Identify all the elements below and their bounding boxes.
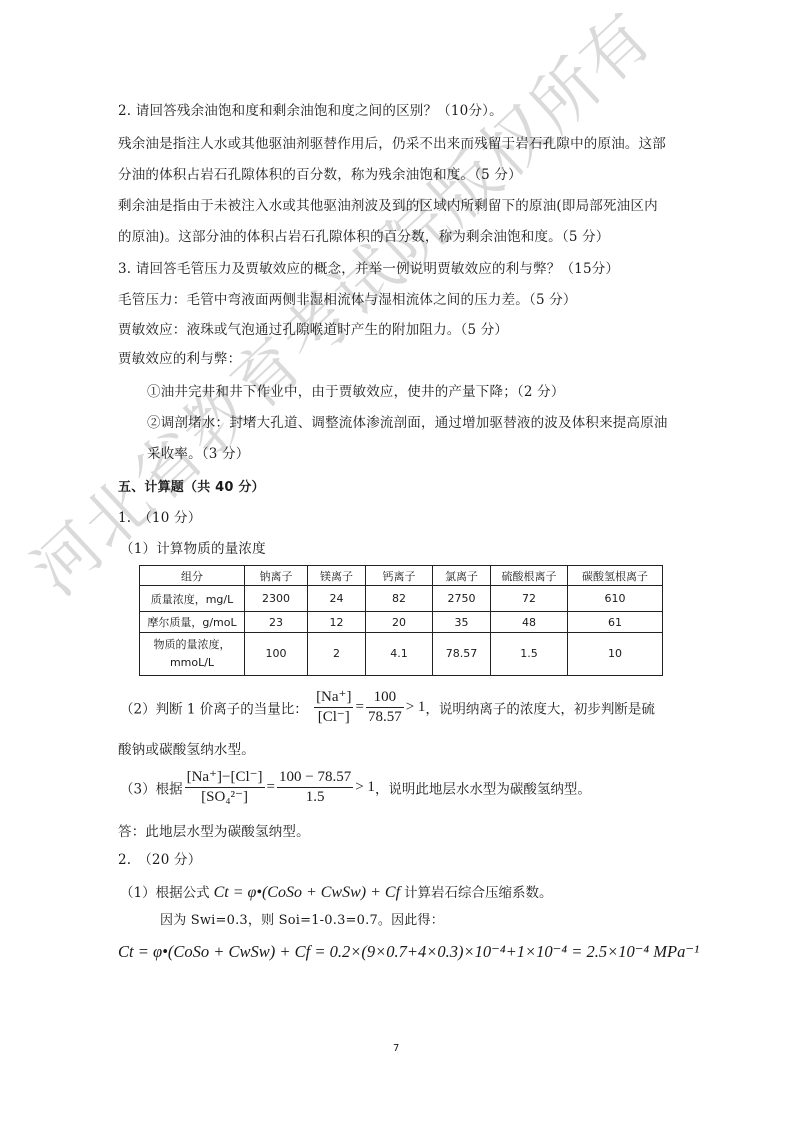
capillary-pressure-definition: 毛管压力：毛管中弯液面两侧非湿相流体与湿相流体之间的压力差。（5 分） (118, 291, 577, 309)
table-header: 钙离子 (366, 566, 433, 586)
table-cell: 12 (308, 612, 366, 633)
fraction-values: 100 − 78.57 1.5 (277, 768, 353, 807)
table-cell: 2750 (433, 586, 491, 612)
table-cell: 4.1 (366, 633, 433, 676)
table-header: 钠离子 (245, 566, 308, 586)
table-cell: 48 (491, 612, 568, 633)
pros-cons-item-2-line1: ②调剖堵水：封堵大孔道、调整流体渗流剖面，通过增加驱替液的波及体积来提高原油 (147, 414, 668, 432)
table-row: 物质的量浓度， mmoL/L 100 2 4.1 78.57 1.5 10 (140, 633, 663, 676)
fraction-ion-difference: [Na⁺]−[Cl⁻] [SO₄²⁻] (185, 768, 265, 807)
section-5-heading: 五、计算题（共 40 分） (118, 479, 265, 497)
table-row: 摩尔质量，g/moL 23 12 20 35 48 61 (140, 612, 663, 633)
table-cell: 20 (366, 612, 433, 633)
table-cell: 23 (245, 612, 308, 633)
calc-q2-given: 因为 Swi=0.3，则 Soi=1-0.3=0.7。因此得： (160, 912, 444, 930)
calc-q2-sub1: （1）根据公式 Ct = φ•(CoSo + CwSw) + Cf 计算岩石综合… (120, 881, 553, 902)
calc-q1-sub3: （3）根据 [Na⁺]−[Cl⁻] [SO₄²⁻] = 100 − 78.57 … (120, 768, 591, 807)
calc-question-1-label: 1. （10 分） (118, 509, 201, 527)
row-label: 物质的量浓度， mmoL/L (140, 633, 245, 676)
table-cell: 2 (308, 633, 366, 676)
table-row: 质量浓度，mg/L 2300 24 82 2750 72 610 (140, 586, 663, 612)
table-cell: 10 (568, 633, 663, 676)
table-cell: 1.5 (491, 633, 568, 676)
row-label: 质量浓度，mg/L (140, 586, 245, 612)
table-header: 组分 (140, 566, 245, 586)
residual-oil-definition-line1: 残余油是指注人水或其他驱油剂驱替作用后，仍采不出来而残留于岩石孔隙中的原油。这部 (118, 135, 666, 153)
table-cell: 72 (491, 586, 568, 612)
pros-cons-item-1: ①油井完井和井下作业中，由于贾敏效应，使井的产量下降；（2 分） (147, 383, 565, 401)
calc-q2-result: Ct = φ•(CoSo + CwSw) + Cf = 0.2×(9×0.7+4… (118, 942, 699, 962)
fraction-values: 100 78.57 (366, 688, 404, 727)
table-cell: 82 (366, 586, 433, 612)
calc-q1-sub1: （1）计算物质的量浓度 (120, 540, 266, 558)
table-header: 硫酸根离子 (491, 566, 568, 586)
sub2-prefix: （2）判断 1 价离子的当量比： (120, 702, 308, 718)
table-cell: 35 (433, 612, 491, 633)
question-2-title: 2. 请回答残余油饱和度和剩余油饱和度之间的区别？（10分）。 (118, 102, 503, 120)
sub3-suffix: ，说明此地层水水型为碳酸氢纳型。 (375, 782, 591, 798)
table-cell: 610 (568, 586, 663, 612)
residual-oil-definition-line2: 分油的体积占岩石孔隙体积的百分数，称为残余油饱和度。（5 分） (118, 166, 522, 184)
table-header-row: 组分 钠离子 镁离子 钙离子 氯离子 硫酸根离子 碳酸氢根离子 (140, 566, 663, 586)
table-header: 镁离子 (308, 566, 366, 586)
compressibility-formula: Ct = φ•(CoSo + CwSw) + Cf (214, 884, 400, 901)
calc-q1-sub2: （2）判断 1 价离子的当量比： [Na⁺] [Cl⁻] = 100 78.57… (120, 688, 655, 727)
calc-q1-answer: 答：此地层水型为碳酸氢纳型。 (118, 823, 310, 841)
sub3-prefix: （3）根据 (120, 782, 183, 798)
jamin-effect-definition: 贾敏效应：液珠或气泡通过孔隙喉道时产生的附加阻力。（5 分） (118, 321, 508, 339)
remaining-oil-definition-line2: 的原油)。这部分油的体积占岩石孔隙体积的百分数，称为剩余油饱和度。（5 分） (118, 228, 610, 246)
page-number: 7 (393, 1043, 399, 1054)
table-cell: 61 (568, 612, 663, 633)
fraction-na-cl: [Na⁺] [Cl⁻] (314, 688, 353, 727)
table-cell: 100 (245, 633, 308, 676)
ion-concentration-table: 组分 钠离子 镁离子 钙离子 氯离子 硫酸根离子 碳酸氢根离子 质量浓度，mg/… (139, 565, 663, 676)
remaining-oil-definition-line1: 剩余油是指由于未被注入水或其他驱油剂波及到的区域内所剩留下的原油(即局部死油区内 (118, 197, 658, 215)
sub2-suffix: ，说明纳离子的浓度大，初步判断是硫 (425, 702, 655, 718)
table-header: 氯离子 (433, 566, 491, 586)
table-cell: 2300 (245, 586, 308, 612)
row-label-line1: 物质的量浓度， (154, 638, 231, 651)
calc-question-2-label: 2. （20 分） (118, 851, 201, 869)
row-label-line2: mmoL/L (170, 656, 214, 669)
pros-cons-heading: 贾敏效应的利与弊： (118, 350, 241, 368)
table-cell: 78.57 (433, 633, 491, 676)
calc-q1-sub2-continued: 酸钠或碳酸氢纳水型。 (118, 741, 255, 759)
table-cell: 24 (308, 586, 366, 612)
question-3-title: 3. 请回答毛管压力及贾敏效应的概念，并举一例说明贾敏效应的利与弊？（15分） (118, 260, 619, 278)
table-header: 碳酸氢根离子 (568, 566, 663, 586)
document-page: 河北省教育考试院版权所有 2. 请回答残余油饱和度和剩余油饱和度之间的区别？（1… (0, 0, 794, 1123)
row-label: 摩尔质量，g/moL (140, 612, 245, 633)
pros-cons-item-2-line2: 采收率。（3 分） (147, 445, 249, 463)
